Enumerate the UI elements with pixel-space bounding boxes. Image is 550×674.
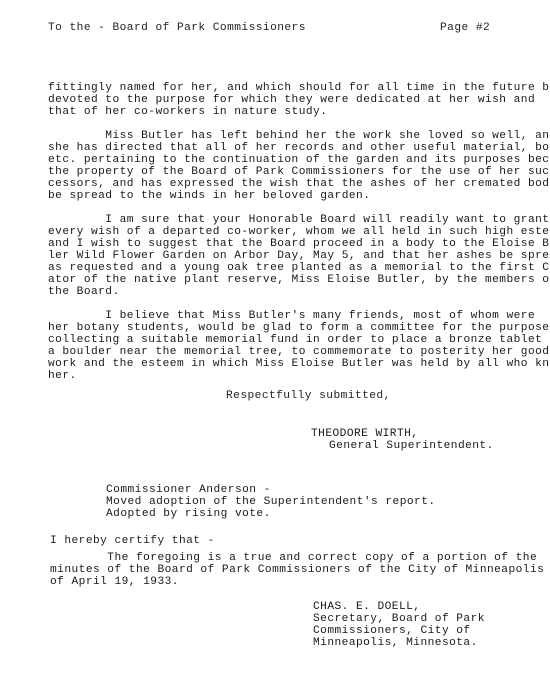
text-line: fittingly named for her, and which shoul… — [48, 82, 550, 94]
signer-name: THEODORE WIRTH, — [311, 428, 494, 440]
text-line: devoted to the purpose for which they we… — [48, 94, 550, 106]
page-number: Page #2 — [440, 22, 490, 34]
text-line: work and the esteem in which Miss Eloise… — [48, 358, 550, 370]
text-line: as requested and a young oak tree plante… — [48, 262, 550, 274]
text-line: etc. pertaining to the continuation of t… — [48, 154, 550, 166]
text-line: Secretary, Board of Park — [313, 613, 485, 625]
text-line: every wish of a departed co-worker, whom… — [48, 226, 550, 238]
text-line: Miss Butler has left behind her the work… — [48, 130, 550, 142]
signer-title: General Superintendent. — [311, 440, 494, 452]
text-line: I am sure that your Honorable Board will… — [48, 214, 550, 226]
text-line: ler Wild Flower Garden on Arbor Day, May… — [48, 250, 550, 262]
text-line: her. — [48, 370, 550, 382]
certification-text: The foregoing is a true and correct copy… — [50, 552, 544, 588]
text-line: be spread to the winds in her beloved ga… — [48, 190, 550, 202]
motion-record: Commissioner Anderson - Moved adoption o… — [106, 484, 436, 520]
text-line: ator of the native plant reserve, Miss E… — [48, 274, 550, 286]
paragraph-3: I am sure that your Honorable Board will… — [48, 214, 550, 298]
text-line: the Board. — [48, 286, 550, 298]
text-line: The foregoing is a true and correct copy… — [50, 552, 544, 564]
text-line: Adopted by rising vote. — [106, 508, 436, 520]
certification-intro: I hereby certify that - — [50, 535, 215, 547]
paragraph-1: fittingly named for her, and which shoul… — [48, 82, 550, 118]
text-line: I believe that Miss Butler's many friend… — [48, 310, 550, 322]
text-line: she has directed that all of her records… — [48, 142, 550, 154]
paragraph-4: I believe that Miss Butler's many friend… — [48, 310, 550, 382]
text-line: CHAS. E. DOELL, — [313, 601, 485, 613]
text-line: cessors, and has expressed the wish that… — [48, 178, 550, 190]
text-line: the property of the Board of Park Commis… — [48, 166, 550, 178]
text-line: a boulder near the memorial tree, to com… — [48, 346, 550, 358]
text-line: and I wish to suggest that the Board pro… — [48, 238, 550, 250]
text-line: that of her co-workers in nature study. — [48, 106, 550, 118]
closing: Respectfully submitted, — [226, 390, 391, 402]
text-line: Commissioners, City of — [313, 625, 485, 637]
text-line: Moved adoption of the Superintendent's r… — [106, 496, 436, 508]
superintendent-signature: THEODORE WIRTH, General Superintendent. — [311, 428, 494, 452]
text-line: Commissioner Anderson - — [106, 484, 436, 496]
secretary-signature: CHAS. E. DOELL, Secretary, Board of Park… — [313, 601, 485, 649]
text-line: Minneapolis, Minnesota. — [313, 637, 485, 649]
text-line: her botany students, would be glad to fo… — [48, 322, 550, 334]
text-line: minutes of the Board of Park Commissione… — [50, 564, 544, 576]
paragraph-2: Miss Butler has left behind her the work… — [48, 130, 550, 202]
header-addressee: To the - Board of Park Commissioners — [48, 22, 306, 34]
text-line: collecting a suitable memorial fund in o… — [48, 334, 550, 346]
document-page: To the - Board of Park Commissioners Pag… — [0, 0, 550, 674]
text-line: of April 19, 1933. — [50, 576, 544, 588]
